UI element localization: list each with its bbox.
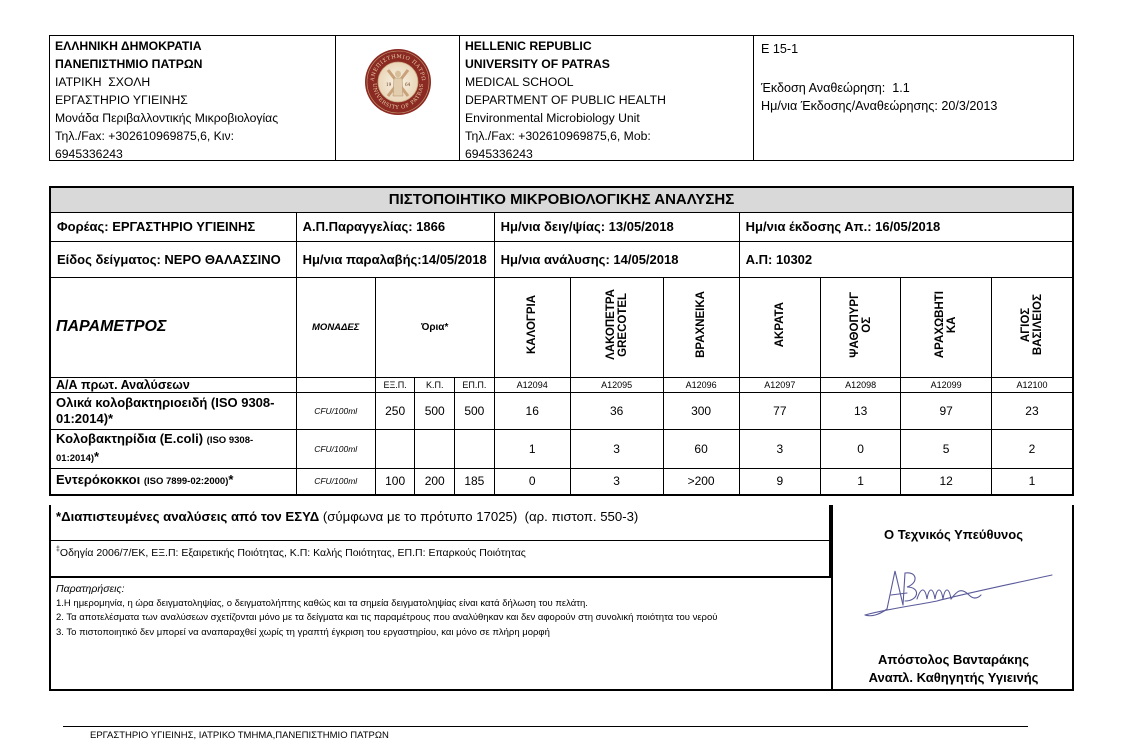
location-column-header: ΛΑΚΟΠΕΤΡΑ GRECOTEL: [570, 277, 663, 377]
document-header: ΕΛΛΗΝΙΚΗ ΔΗΜΟΚΡΑΤΙΑ ΠΑΝΕΠΙΣΤΗΜΙΟ ΠΑΤΡΩΝ …: [49, 35, 1074, 161]
agency-field: Φορέας: ΕΡΓΑΣΤΗΡΙΟ ΥΓΙΕΙΝΗΣ: [50, 212, 296, 241]
greek-line-6: Τηλ./Fax: +302610969875,6, Κιν:: [55, 127, 335, 145]
result-value: 300: [663, 392, 739, 429]
notes-section: *Διαπιστευμένες αναλύσεις από τον ΕΣΥΔ (…: [49, 505, 1074, 691]
limit-value: [415, 429, 455, 468]
limit-value: 200: [415, 468, 455, 495]
limits-column-header: Όρια*: [375, 277, 494, 377]
result-value: 3: [570, 429, 663, 468]
result-value: 77: [739, 392, 820, 429]
result-row: Εντερόκοκκοι (ISO 7899-02:2000)*CFU/100m…: [50, 468, 1073, 495]
limit-value: [375, 429, 415, 468]
english-line-6: Τηλ./Fax: +302610969875,6, Mob:: [465, 127, 753, 145]
footer-divider: [63, 726, 1028, 727]
accreditation-note: *Διαπιστευμένες αναλύσεις από τον ΕΣΥΔ (…: [51, 505, 831, 541]
result-value: 5: [901, 429, 992, 468]
result-value: 9: [739, 468, 820, 495]
english-line-2: UNIVERSITY OF PATRAS: [465, 55, 753, 73]
limit-value: 185: [455, 468, 495, 495]
protocol-code: A12094: [494, 377, 570, 392]
parameter-name: Εντερόκοκκοι (ISO 7899-02:2000)*: [50, 468, 296, 495]
remark-item: 2. Τα αποτελέσματα των αναλύσεων σχετίζο…: [56, 611, 829, 626]
signatory-name: Απόστολος Βανταράκης: [833, 651, 1074, 669]
signatory-position: Αναπλ. Καθηγητής Υγιεινής: [833, 669, 1074, 687]
result-value: 23: [991, 392, 1073, 429]
location-name: ΑΓΙΟΣ ΒΑΣΙΛΕΙΟΣ: [1020, 294, 1044, 355]
protocol-numbers-label: Α/Α πρωτ. Αναλύσεων: [50, 377, 296, 392]
location-name: ΑΡΑΧΩΒΗΤΙ ΚΑ: [934, 291, 958, 358]
greek-line-2: ΠΑΝΕΠΙΣΤΗΜΙΟ ΠΑΤΡΩΝ: [55, 55, 335, 73]
parameter-name-main: Ολικά κολοβακτηριοειδή (ISO 9308-01:2014…: [56, 395, 274, 426]
university-seal-icon: ΠΑΝΕΠΙΣΤΗΜΙΟ ΠΑΤΡΩΝ UNIVERSITY OF PATRAS…: [364, 48, 432, 116]
protocol-code: A12100: [991, 377, 1073, 392]
result-row: Ολικά κολοβακτηριοειδή (ISO 9308-01:2014…: [50, 392, 1073, 429]
university-seal-cell: ΠΑΝΕΠΙΣΤΗΜΙΟ ΠΑΤΡΩΝ UNIVERSITY OF PATRAS…: [336, 36, 460, 160]
result-value: 13: [820, 392, 900, 429]
result-value: 2: [991, 429, 1073, 468]
location-column-header: ΑΓΙΟΣ ΒΑΣΙΛΕΙΟΣ: [991, 277, 1073, 377]
accredited-mark: *: [94, 449, 99, 464]
accreditation-bold-text: *Διαπιστευμένες αναλύσεις από τον ΕΣΥΔ: [56, 509, 319, 524]
result-value: 1: [820, 468, 900, 495]
limit-value: 500: [455, 392, 495, 429]
order-number-field: Α.Π.Παραγγελίας: 1866: [296, 212, 494, 241]
result-value: 1: [991, 468, 1073, 495]
analysis-date-field: Ημ/νια ανάλυσης: 14/05/2018: [494, 241, 739, 277]
location-name: ΛΑΚΟΠΕΤΡΑ GRECOTEL: [605, 289, 629, 360]
protocol-number-field: Α.Π: 10302: [739, 241, 1073, 277]
receipt-date-field: Ημ/νια παραλαβής:14/05/2018: [296, 241, 494, 277]
parameter-standard: (ISO 7899-02:2000): [144, 476, 229, 487]
parameter-unit: CFU/100ml: [296, 392, 375, 429]
limit-value: 250: [375, 392, 415, 429]
sample-type-field: Είδος δείγματος: ΝΕΡΟ ΘΑΛΑΣΣΙΝΟ: [50, 241, 296, 277]
parameter-name-main: Κολοβακτηρίδια (E.coli): [56, 431, 207, 446]
revision-date: Ημ/νια Έκδοσης/Αναθεώρησης: 20/3/2013: [761, 97, 1073, 115]
limit-value: 100: [375, 468, 415, 495]
greek-line-5: Μονάδα Περιβαλλοντικής Μικροβιολογίας: [55, 109, 335, 127]
result-value: 97: [901, 392, 992, 429]
english-line-7: 6945336243: [465, 145, 753, 163]
signatory: Απόστολος Βανταράκης Αναπλ. Καθηγητής Υγ…: [833, 651, 1074, 687]
protocol-code: A12095: [570, 377, 663, 392]
revision-number: Έκδοση Αναθεώρηση: 1.1: [761, 79, 1073, 97]
result-value: 36: [570, 392, 663, 429]
limit-good-header: Κ.Π.: [415, 377, 455, 392]
directive-footnote: ‡Οδηγία 2006/7/ΕΚ, ΕΞ.Π: Εξαιρετικής Ποι…: [51, 541, 831, 578]
svg-text:19: 19: [386, 82, 392, 87]
protocol-code: A12098: [820, 377, 900, 392]
limit-sufficient-header: ΕΠ.Π.: [455, 377, 495, 392]
result-value: 0: [820, 429, 900, 468]
sampling-date-field: Ημ/νια δειγ/ψίας: 13/05/2018: [494, 212, 739, 241]
english-line-1: HELLENIC REPUBLIC: [465, 37, 753, 55]
remarks-title: Παρατηρήσεις:: [56, 582, 829, 597]
location-column-header: ΑΡΑΧΩΒΗΤΙ ΚΑ: [901, 277, 992, 377]
svg-text:64: 64: [405, 82, 411, 87]
location-name: ΚΑΛΟΓΡΙΑ: [526, 295, 538, 354]
remark-item: 1.Η ημερομηνία, η ώρα δειγματοληψίας, ο …: [56, 597, 829, 612]
analysis-certificate-table: ΠΙΣΤΟΠΟΙΗΤΙΚΟ ΜΙΚΡΟΒΙΟΛΟΓΙΚΗΣ ΑΝΑΛΥΣΗΣ Φ…: [49, 186, 1074, 496]
location-column-header: ΑΚΡΑΤΑ: [739, 277, 820, 377]
greek-institution-block: ΕΛΛΗΝΙΚΗ ΔΗΜΟΚΡΑΤΙΑ ΠΑΝΕΠΙΣΤΗΜΙΟ ΠΑΤΡΩΝ …: [50, 36, 336, 160]
greek-line-1: ΕΛΛΗΝΙΚΗ ΔΗΜΟΚΡΑΤΙΑ: [55, 37, 335, 55]
limit-value: 500: [415, 392, 455, 429]
accreditation-detail-text: (σύμφωνα με το πρότυπο 17025) (αρ. πιστο…: [319, 509, 638, 524]
greek-line-4: ΕΡΓΑΣΤΗΡΙΟ ΥΓΙΕΙΝΗΣ: [55, 91, 335, 109]
parameter-name: Ολικά κολοβακτηριοειδή (ISO 9308-01:2014…: [50, 392, 296, 429]
result-value: 16: [494, 392, 570, 429]
english-institution-block: HELLENIC REPUBLIC UNIVERSITY OF PATRAS M…: [460, 36, 754, 160]
protocol-code: A12096: [663, 377, 739, 392]
parameter-column-header: ΠΑΡΑΜΕΤΡΟΣ: [50, 277, 296, 377]
document-version-block: Ε 15-1 Έκδοση Αναθεώρηση: 1.1 Ημ/νια Έκδ…: [754, 36, 1073, 160]
result-row: Κολοβακτηρίδια (E.coli) (ISO 9308-01:201…: [50, 429, 1073, 468]
result-value: 1: [494, 429, 570, 468]
location-column-header: ΒΡΑΧΝΕΙΚΑ: [663, 277, 739, 377]
certificate-title: ΠΙΣΤΟΠΟΙΗΤΙΚΟ ΜΙΚΡΟΒΙΟΛΟΓΙΚΗΣ ΑΝΑΛΥΣΗΣ: [50, 187, 1073, 212]
result-value: >200: [663, 468, 739, 495]
protocol-code: A12097: [739, 377, 820, 392]
remarks-block: Παρατηρήσεις: 1.Η ημερομηνία, η ώρα δειγ…: [51, 580, 829, 640]
greek-line-3: ΙΑΤΡΙΚΗ ΣΧΟΛΗ: [55, 73, 335, 91]
footnote-text: Οδηγία 2006/7/ΕΚ, ΕΞ.Π: Εξαιρετικής Ποιό…: [60, 547, 526, 559]
result-value: 3: [570, 468, 663, 495]
parameter-name-main: Εντερόκοκκοι: [56, 472, 144, 487]
limit-value: [455, 429, 495, 468]
units-column-header: ΜΟΝΑΔΕΣ: [296, 277, 375, 377]
result-value: 60: [663, 429, 739, 468]
signature-block: Ο Τεχνικός Υπεύθυνος Απόστολος Βανταράκη…: [831, 505, 1074, 689]
english-line-4: DEPARTMENT OF PUBLIC HEALTH: [465, 91, 753, 109]
location-column-header: ΚΑΛΟΓΡΙΑ: [494, 277, 570, 377]
greek-line-7: 6945336243: [55, 145, 335, 163]
english-line-5: Environmental Microbiology Unit: [465, 109, 753, 127]
protocol-code: A12099: [901, 377, 992, 392]
limit-excellent-header: ΕΞ.Π.: [375, 377, 415, 392]
signature-title: Ο Τεχνικός Υπεύθυνος: [833, 527, 1074, 542]
parameter-unit: CFU/100ml: [296, 429, 375, 468]
parameter-unit: CFU/100ml: [296, 468, 375, 495]
issue-date-field: Ημ/νια έκδοσης Απ.: 16/05/2018: [739, 212, 1073, 241]
location-name: ΒΡΑΧΝΕΙΚΑ: [695, 291, 707, 358]
english-line-3: MEDICAL SCHOOL: [465, 73, 753, 91]
location-column-header: ΨΑΘΟΠΥΡΓ ΟΣ: [820, 277, 900, 377]
result-value: 3: [739, 429, 820, 468]
document-code: Ε 15-1: [761, 40, 1073, 58]
handwritten-signature-icon: [857, 565, 1057, 625]
accredited-mark: *: [228, 472, 233, 487]
location-name: ΨΑΘΟΠΥΡΓ ΟΣ: [849, 292, 873, 358]
result-value: 12: [901, 468, 992, 495]
remark-item: 3. Το πιστοποιητικό δεν μπορεί να αναπαρ…: [56, 626, 829, 641]
parameter-name: Κολοβακτηρίδια (E.coli) (ISO 9308-01:201…: [50, 429, 296, 468]
footer-text: ΕΡΓΑΣΤΗΡΙΟ ΥΓΙΕΙΝΗΣ, ΙΑΤΡΙΚΟ ΤΜΗΜΑ,ΠΑΝΕΠ…: [90, 730, 389, 741]
location-name: ΑΚΡΑΤΑ: [774, 302, 786, 347]
result-value: 0: [494, 468, 570, 495]
protocol-units-empty: [296, 377, 375, 392]
